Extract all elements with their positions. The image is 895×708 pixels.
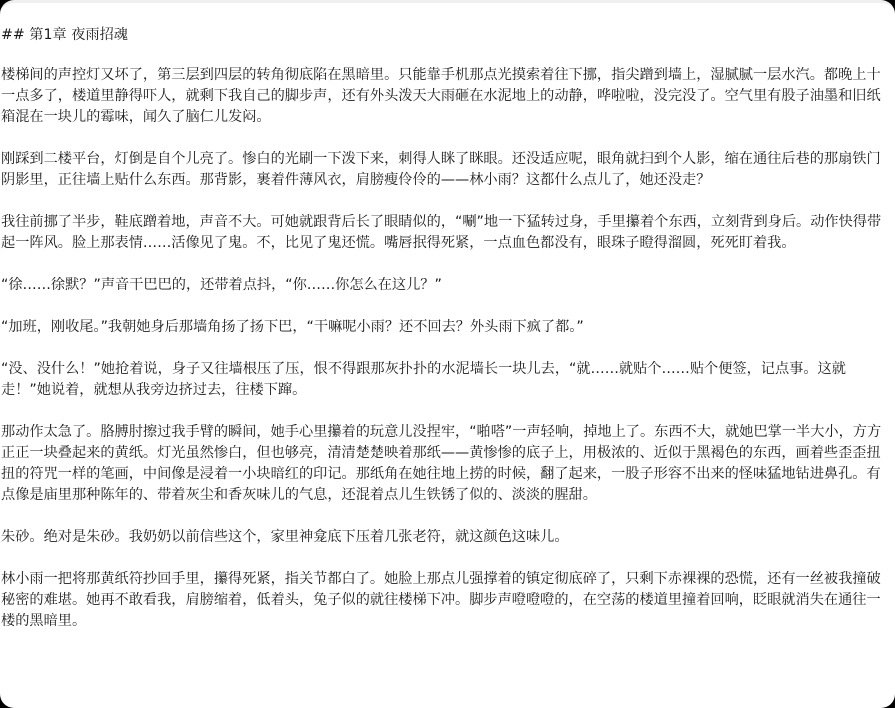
paragraph: 刚踩到二楼平台，灯倒是自个儿亮了。惨白的光刷一下泼下来，刺得人眯了眯眼。还没适应… — [1, 149, 885, 191]
paragraph: “没、没什么！”她抢着说，身子又往墙根压了压，恨不得跟那灰扑扑的水泥墙长一块儿去… — [1, 359, 885, 401]
paragraph: 楼梯间的声控灯又坏了，第三层到四层的转角彻底陷在黑暗里。只能靠手机那点光摸索着往… — [1, 65, 885, 128]
paragraph: 我往前挪了半步，鞋底蹭着地，声音不大。可她就跟背后长了眼睛似的，“唰”地一下猛转… — [1, 212, 885, 254]
paragraph: 朱砂。绝对是朱砂。我奶奶以前信些这个，家里神龛底下压着几张老符，就这颜色这味儿。 — [1, 527, 885, 548]
document-content: ## 第1章 夜雨招魂 楼梯间的声控灯又坏了，第三层到四层的转角彻底陷在黑暗里。… — [0, 3, 885, 632]
paragraph: “徐……徐默？”声音干巴巴的，还带着点抖，“你……你怎么在这儿？” — [1, 275, 885, 296]
paragraph: 那动作太急了。胳膊肘擦过我手臂的瞬间，她手心里攥着的玩意儿没捏牢，“啪嗒”一声轻… — [1, 422, 885, 506]
paragraph: 林小雨一把将那黄纸符抄回手里，攥得死紧，指关节都白了。她脸上那点儿强撑着的镇定彻… — [1, 569, 885, 632]
chapter-heading: ## 第1章 夜雨招魂 — [1, 25, 885, 46]
document-viewer: ## 第1章 夜雨招魂 楼梯间的声控灯又坏了，第三层到四层的转角彻底陷在黑暗里。… — [0, 0, 895, 708]
paragraph: “加班，刚收尾。”我朝她身后那墙角扬了扬下巴，“干嘛呢小雨？还不回去？外头雨下疯… — [1, 317, 885, 338]
